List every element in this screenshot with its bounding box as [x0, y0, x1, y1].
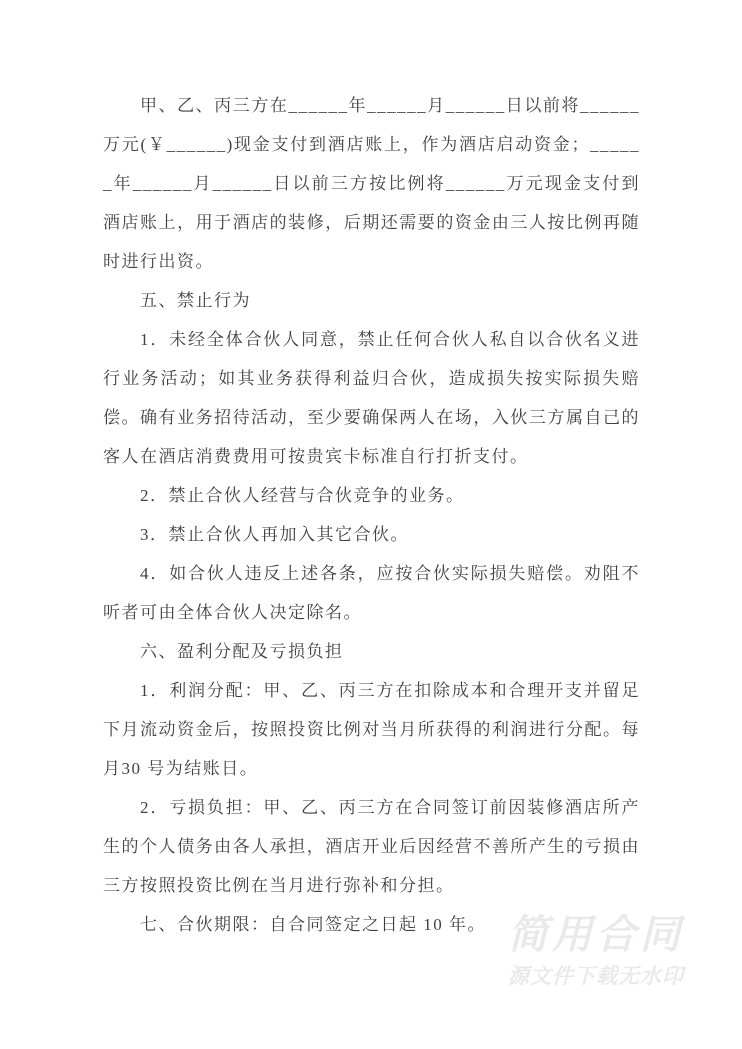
document-page: 甲、乙、丙三方在______年______月______日以前将______万元…	[0, 0, 742, 1049]
watermark: 简用合同 源文件下载无水印	[508, 912, 684, 989]
paragraph-prohibited-item-4: 4．如合伙人违反上述各条，应按合伙实际损失赔偿。劝阻不听者可由全体合伙人决定除名…	[103, 554, 640, 632]
watermark-subtitle: 源文件下载无水印	[508, 965, 684, 989]
section-heading-profit-loss: 六、盈利分配及亏损负担	[103, 632, 640, 671]
paragraph-prohibited-item-2: 2．禁止合伙人经营与合伙竞争的业务。	[103, 476, 640, 515]
paragraph-prohibited-item-3: 3．禁止合伙人再加入其它合伙。	[103, 515, 640, 554]
watermark-title: 简用合同	[508, 912, 684, 958]
paragraph-profit-distribution: 1．利润分配：甲、乙、丙三方在扣除成本和合理开支并留足下月流动资金后，按照投资比…	[103, 671, 640, 788]
contract-body: 甲、乙、丙三方在______年______月______日以前将______万元…	[103, 86, 640, 944]
paragraph-loss-sharing: 2．亏损负担：甲、乙、丙三方在合同签订前因装修酒店所产生的个人债务由各人承担，酒…	[103, 788, 640, 905]
paragraph-capital-contribution: 甲、乙、丙三方在______年______月______日以前将______万元…	[103, 86, 640, 281]
section-heading-prohibited-acts: 五、禁止行为	[103, 281, 640, 320]
paragraph-prohibited-item-1: 1．未经全体合伙人同意，禁止任何合伙人私自以合伙名义进行业务活动；如其业务获得利…	[103, 320, 640, 476]
